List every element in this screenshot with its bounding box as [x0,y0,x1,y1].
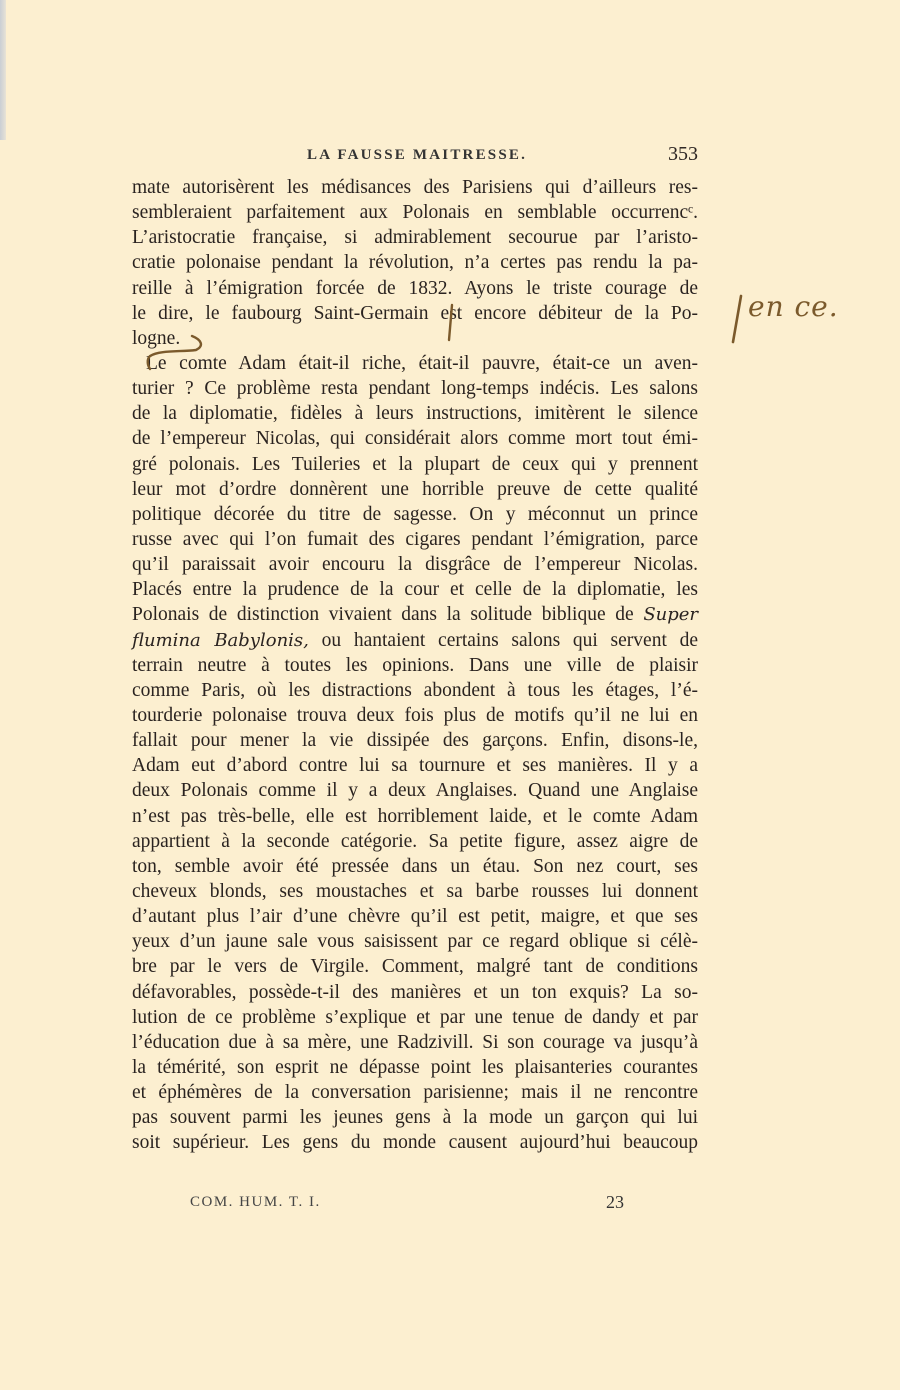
insertion-stroke-mark [449,305,452,340]
proof-correction-marks [0,0,900,1390]
margin-handwritten-note: en ce. [748,290,839,323]
margin-slash-mark [733,296,741,342]
margin-note-text: en ce. [748,290,839,323]
paragraph-join-mark [148,336,201,369]
book-page: LA FAUSSE MAITRESSE. 353 mate autorisère… [0,0,900,1390]
